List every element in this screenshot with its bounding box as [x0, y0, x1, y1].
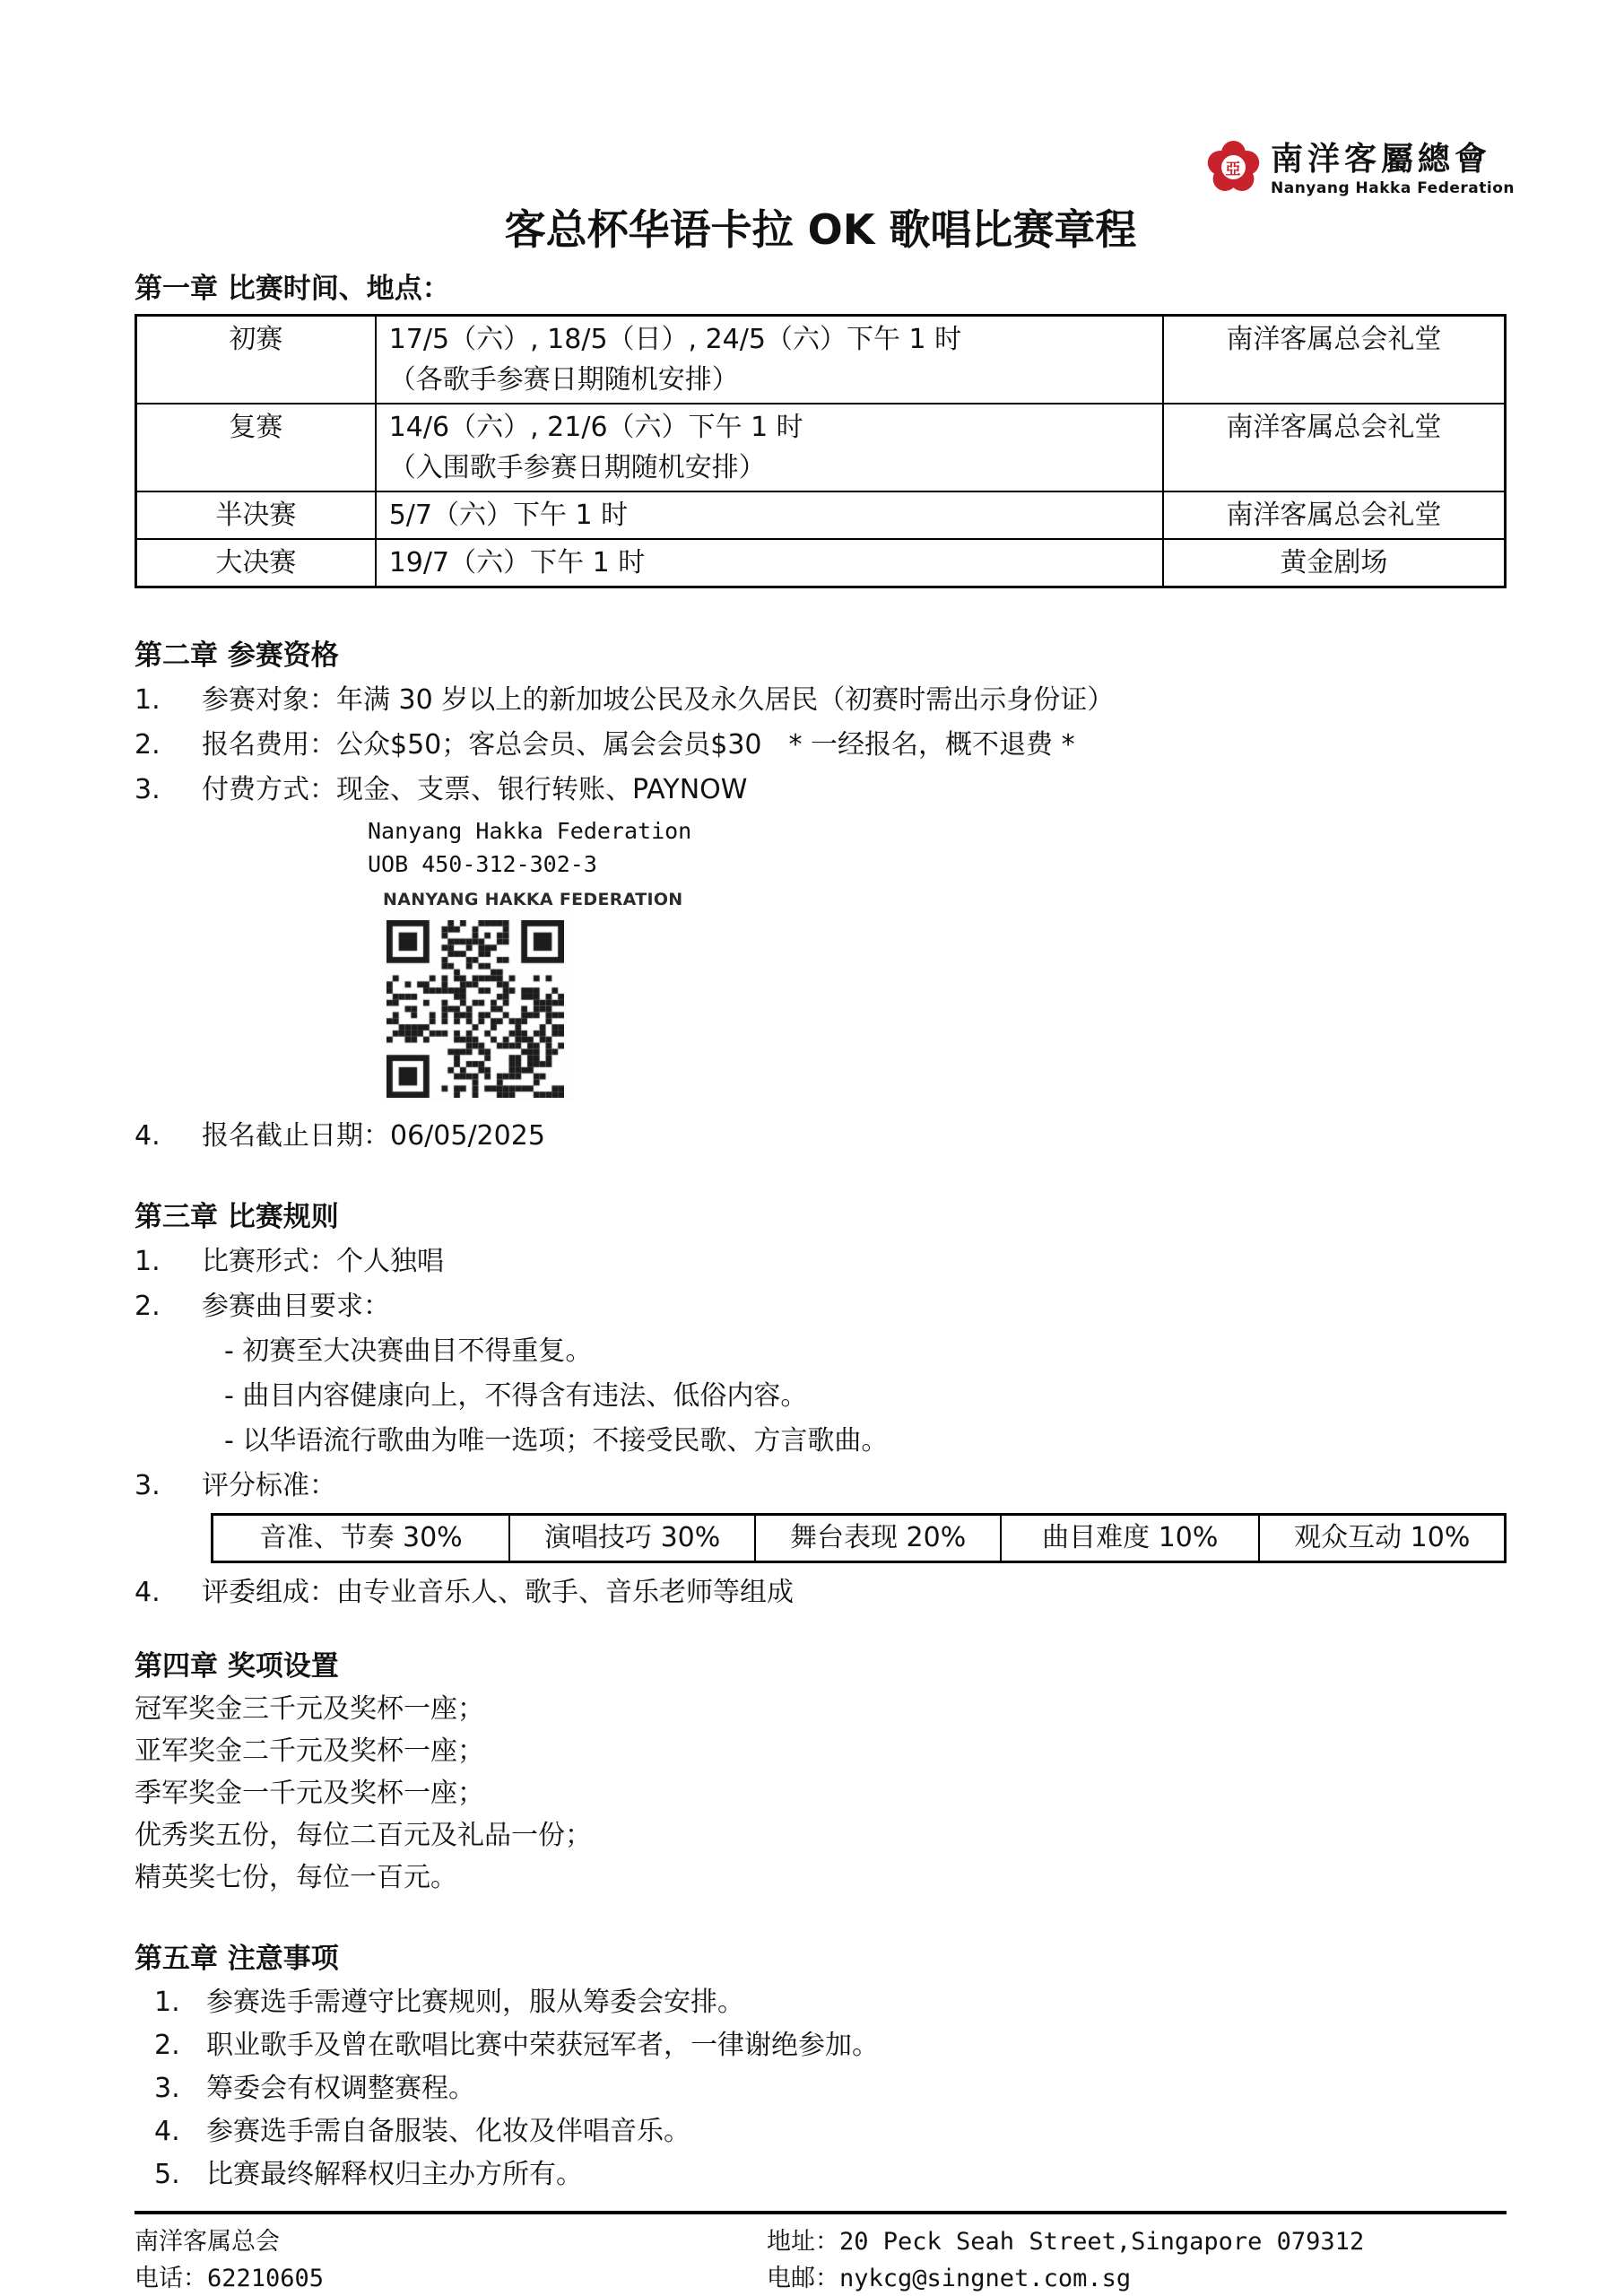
chapter1-heading: 第一章 比赛时间、地点： — [135, 270, 1507, 309]
item-text: 评分标准： — [202, 1464, 1507, 1509]
list-item: 1. 参赛选手需遵守比赛规则，服从筹委会安排。 — [135, 1981, 1507, 2024]
time-line: 19/7（六）下午 1 时 — [389, 543, 1150, 583]
email-label: 电邮： — [767, 2265, 839, 2292]
footer-left: 南洋客属总会 电话：62210605 — [135, 2223, 767, 2296]
footer-phone: 电话：62210605 — [135, 2260, 767, 2296]
list-item: 4. 参赛选手需自备服装、化妆及伴唱音乐。 — [135, 2110, 1507, 2153]
list-item: 3. 筹委会有权调整赛程。 — [135, 2067, 1507, 2110]
time-cell: 19/7（六）下午 1 时 — [376, 539, 1163, 587]
bank-details: Nanyang Hakka Federation UOB 450-312-302… — [368, 814, 1507, 881]
time-line: 14/6（六）, 21/6（六）下午 1 时 — [389, 407, 1150, 448]
prize-line: 亚军奖金二千元及奖杯一座； — [135, 1730, 1507, 1772]
item-number: 2. — [135, 723, 202, 768]
list-item: 2. 报名费用：公众$50；客总会员、属会会员$30 * 一经报名，概不退费 * — [135, 723, 1507, 768]
qr-code — [386, 920, 564, 1098]
prize-line: 季军奖金一千元及奖杯一座； — [135, 1772, 1507, 1814]
time-line: 17/5（六）, 18/5（日）, 24/5（六）下午 1 时 — [389, 319, 1150, 360]
item-number: 1. — [135, 1239, 202, 1284]
bullet-item: - 曲目内容健康向上，不得含有违法、低俗内容。 — [224, 1374, 1507, 1419]
table-row: 复赛 14/6（六）, 21/6（六）下午 1 时 （入围歌手参赛日期随机安排）… — [136, 404, 1506, 491]
item-number: 4. — [135, 1114, 202, 1159]
footer-right: 地址：20 Peck Seah Street,Singapore 079312 … — [767, 2223, 1507, 2296]
item-text: 报名截止日期：06/05/2025 — [202, 1114, 1507, 1159]
chapter5-list: 1. 参赛选手需遵守比赛规则，服从筹委会安排。 2. 职业歌手及曾在歌唱比赛中荣… — [135, 1981, 1507, 2196]
plum-blossom-logo-icon: 亞 — [1206, 140, 1260, 194]
item-number: 1. — [135, 678, 202, 723]
prize-list: 冠军奖金三千元及奖杯一座； 亚军奖金二千元及奖杯一座； 季军奖金一千元及奖杯一座… — [135, 1688, 1507, 1899]
venue-cell: 南洋客属总会礼堂 — [1163, 404, 1506, 491]
address-label: 地址： — [767, 2228, 839, 2256]
bank-name: Nanyang Hakka Federation — [368, 814, 1507, 848]
prize-line: 冠军奖金三千元及奖杯一座； — [135, 1688, 1507, 1730]
item-number: 4. — [135, 1570, 202, 1615]
chapter3-judges: 4. 评委组成：由专业音乐人、歌手、音乐老师等组成 — [135, 1570, 1507, 1615]
venue-cell: 南洋客属总会礼堂 — [1163, 491, 1506, 539]
bullet-item: - 以华语流行歌曲为唯一选项；不接受民歌、方言歌曲。 — [224, 1419, 1507, 1464]
table-row: 半决赛 5/7（六）下午 1 时 南洋客属总会礼堂 — [136, 491, 1506, 539]
stage-cell: 复赛 — [136, 404, 376, 491]
item-text: 参赛选手需遵守比赛规则，服从筹委会安排。 — [206, 1981, 1507, 2024]
phone-label: 电话： — [135, 2265, 207, 2292]
item-text: 参赛对象：年满 30 岁以上的新加坡公民及永久居民（初赛时需出示身份证） — [202, 678, 1507, 723]
chapter2-deadline: 4. 报名截止日期：06/05/2025 — [135, 1114, 1507, 1159]
item-number: 3. — [135, 1464, 202, 1509]
chapter2-list: 1. 参赛对象：年满 30 岁以上的新加坡公民及永久居民（初赛时需出示身份证） … — [135, 678, 1507, 813]
schedule-table: 初赛 17/5（六）, 18/5（日）, 24/5（六）下午 1 时 （各歌手参… — [135, 314, 1507, 588]
item-number: 4. — [154, 2110, 206, 2153]
score-cell: 曲目难度 10% — [1001, 1515, 1259, 1562]
logo-text: 南洋客屬總會 Nanyang Hakka Federation — [1271, 140, 1515, 198]
prize-line: 优秀奖五份，每位二百元及礼品一份； — [135, 1814, 1507, 1857]
page-title: 客总杯华语卡拉 OK 歌唱比赛章程 — [135, 202, 1507, 257]
stage-cell: 大决赛 — [136, 539, 376, 587]
score-cell: 观众互动 10% — [1259, 1515, 1505, 1562]
footer-org: 南洋客属总会 — [135, 2223, 767, 2260]
score-cell: 舞台表现 20% — [755, 1515, 1001, 1562]
chapter4-heading: 第四章 奖项设置 — [135, 1648, 1507, 1686]
item-number: 2. — [135, 1284, 202, 1329]
item-number: 1. — [154, 1981, 206, 2024]
logo-name-chinese: 南洋客屬總會 — [1271, 140, 1515, 179]
time-cell: 17/5（六）, 18/5（日）, 24/5（六）下午 1 时 （各歌手参赛日期… — [376, 316, 1163, 404]
chapter2-heading: 第二章 参赛资格 — [135, 637, 1507, 675]
time-line: 5/7（六）下午 1 时 — [389, 495, 1150, 535]
list-item: 5. 比赛最终解释权归主办方所有。 — [135, 2153, 1507, 2196]
footer-address: 地址：20 Peck Seah Street,Singapore 079312 — [767, 2223, 1507, 2260]
email-value: nykcg@singnet.com.sg — [839, 2265, 1131, 2292]
list-item: 3. 付费方式：现金、支票、银行转账、PAYNOW — [135, 768, 1507, 813]
logo-emblem-character: 亞 — [1221, 155, 1246, 179]
list-item: 4. 报名截止日期：06/05/2025 — [135, 1114, 1507, 1159]
item-text: 报名费用：公众$50；客总会员、属会会员$30 * 一经报名，概不退费 * — [202, 723, 1507, 768]
qr-caption: NANYANG HAKKA FEDERATION — [383, 888, 573, 911]
organization-logo: 亞 南洋客屬總會 Nanyang Hakka Federation — [1206, 140, 1515, 198]
list-item: 4. 评委组成：由专业音乐人、歌手、音乐老师等组成 — [135, 1570, 1507, 1615]
item-number: 2. — [154, 2024, 206, 2067]
item-number: 3. — [135, 768, 202, 813]
item-number: 3. — [154, 2067, 206, 2110]
qr-box — [383, 917, 573, 1101]
item-text: 比赛形式：个人独唱 — [202, 1239, 1507, 1284]
table-row: 初赛 17/5（六）, 18/5（日）, 24/5（六）下午 1 时 （各歌手参… — [136, 316, 1506, 404]
time-line: （入围歌手参赛日期随机安排） — [389, 448, 1150, 488]
table-row: 大决赛 19/7（六）下午 1 时 黄金剧场 — [136, 539, 1506, 587]
scoring-table: 音准、节奏 30% 演唱技巧 30% 舞台表现 20% 曲目难度 10% 观众互… — [211, 1513, 1507, 1563]
document-page: 亞 南洋客屬總會 Nanyang Hakka Federation 客总杯华语卡… — [0, 0, 1624, 2296]
list-item: 3. 评分标准： — [135, 1464, 1507, 1509]
score-cell: 演唱技巧 30% — [509, 1515, 755, 1562]
document-footer: 南洋客属总会 电话：62210605 地址：20 Peck Seah Stree… — [135, 2211, 1507, 2296]
item-text: 付费方式：现金、支票、银行转账、PAYNOW — [202, 768, 1507, 813]
item-text: 评委组成：由专业音乐人、歌手、音乐老师等组成 — [202, 1570, 1507, 1615]
venue-cell: 南洋客属总会礼堂 — [1163, 316, 1506, 404]
chapter3-list: 1. 比赛形式：个人独唱 2. 参赛曲目要求： - 初赛至大决赛曲目不得重复。 … — [135, 1239, 1507, 1509]
item-number: 5. — [154, 2153, 206, 2196]
score-cell: 音准、节奏 30% — [213, 1515, 510, 1562]
bank-account-number: UOB 450-312-302-3 — [368, 848, 1507, 881]
list-item: 1. 比赛形式：个人独唱 — [135, 1239, 1507, 1284]
phone-value: 62210605 — [207, 2265, 324, 2292]
item-text: 比赛最终解释权归主办方所有。 — [206, 2153, 1507, 2196]
time-cell: 14/6（六）, 21/6（六）下午 1 时 （入围歌手参赛日期随机安排） — [376, 404, 1163, 491]
time-cell: 5/7（六）下午 1 时 — [376, 491, 1163, 539]
list-item: 2. 职业歌手及曾在歌唱比赛中荣获冠军者，一律谢绝参加。 — [135, 2024, 1507, 2067]
logo-name-english: Nanyang Hakka Federation — [1271, 179, 1515, 198]
address-value: 20 Peck Seah Street,Singapore 079312 — [839, 2228, 1364, 2256]
chapter5-heading: 第五章 注意事项 — [135, 1940, 1507, 1979]
table-row: 音准、节奏 30% 演唱技巧 30% 舞台表现 20% 曲目难度 10% 观众互… — [213, 1515, 1506, 1562]
item-text: 参赛曲目要求： — [202, 1284, 1507, 1329]
item-text: 参赛选手需自备服装、化妆及伴唱音乐。 — [206, 2110, 1507, 2153]
time-line: （各歌手参赛日期随机安排） — [389, 360, 1150, 400]
footer-email: 电邮：nykcg@singnet.com.sg — [767, 2260, 1507, 2296]
item-text: 职业歌手及曾在歌唱比赛中荣获冠军者，一律谢绝参加。 — [206, 2024, 1507, 2067]
stage-cell: 半决赛 — [136, 491, 376, 539]
document-content: 客总杯华语卡拉 OK 歌唱比赛章程 第一章 比赛时间、地点： 初赛 17/5（六… — [135, 202, 1507, 2296]
paynow-qr-block: NANYANG HAKKA FEDERATION — [383, 888, 573, 1101]
item-text: 筹委会有权调整赛程。 — [206, 2067, 1507, 2110]
chapter3-heading: 第三章 比赛规则 — [135, 1198, 1507, 1237]
venue-cell: 黄金剧场 — [1163, 539, 1506, 587]
list-item: 2. 参赛曲目要求： — [135, 1284, 1507, 1329]
stage-cell: 初赛 — [136, 316, 376, 404]
prize-line: 精英奖七份，每位一百元。 — [135, 1857, 1507, 1899]
list-item: 1. 参赛对象：年满 30 岁以上的新加坡公民及永久居民（初赛时需出示身份证） — [135, 678, 1507, 723]
bullet-item: - 初赛至大决赛曲目不得重复。 — [224, 1329, 1507, 1374]
